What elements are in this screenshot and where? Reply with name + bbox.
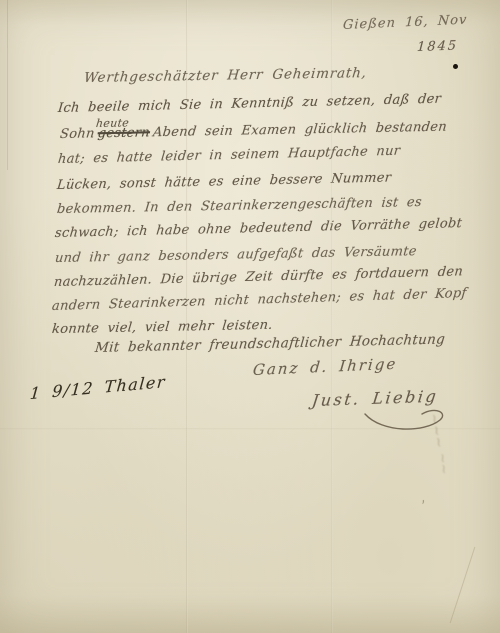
horizontal-fold-crease: [0, 428, 500, 430]
body-line: und ihr ganz besonders aufgefaßt das Ver…: [54, 244, 417, 266]
body-line: hat; es hatte leider in seinem Hauptfach…: [57, 144, 401, 167]
ink-show-through: ∼∼: [434, 452, 451, 475]
body-line: schwach; ich habe ohne bedeutend die Vor…: [54, 216, 463, 241]
struck-through-word: gestern: [97, 125, 151, 141]
body-line-segment: Abend sein Examen glücklich bestanden: [152, 120, 447, 141]
body-line: bekommen. In den Stearinkerzengeschäften…: [56, 195, 422, 217]
ink-blot: [453, 64, 458, 69]
body-line: Ich beeile mich Sie in Kenntniß zu setze…: [57, 92, 442, 116]
salutation-line: Werthgeschätzter Herr Geheimrath,: [83, 65, 367, 86]
dateline-year: 1845: [416, 39, 458, 55]
body-line: andern Stearinkerzen nicht nachstehen; e…: [51, 286, 467, 314]
vertical-fold-crease: [186, 0, 188, 633]
body-line: nachzuzählen. Die übrige Zeit dürfte es …: [53, 264, 463, 290]
corner-crease: [450, 547, 476, 623]
body-line: konnte viel, viel mehr leisten.: [51, 318, 273, 337]
stray-ink-mark: ‚: [417, 491, 427, 506]
vertical-fold-crease: [331, 0, 333, 633]
letter-page: Gießen 16, Nov 1845 Werthgeschätzter Her…: [0, 0, 500, 633]
valediction: Ganz d. Ihrige: [252, 355, 398, 379]
paper-edge-line: [7, 0, 8, 170]
collector-ink-note: 1 9/12 Thaler: [29, 372, 167, 403]
dateline: Gießen 16, Nov: [343, 13, 468, 33]
body-line: Lücken, sonst hätte es eine bessere Numm…: [56, 170, 392, 193]
body-line-segment: Sohn: [59, 126, 95, 142]
